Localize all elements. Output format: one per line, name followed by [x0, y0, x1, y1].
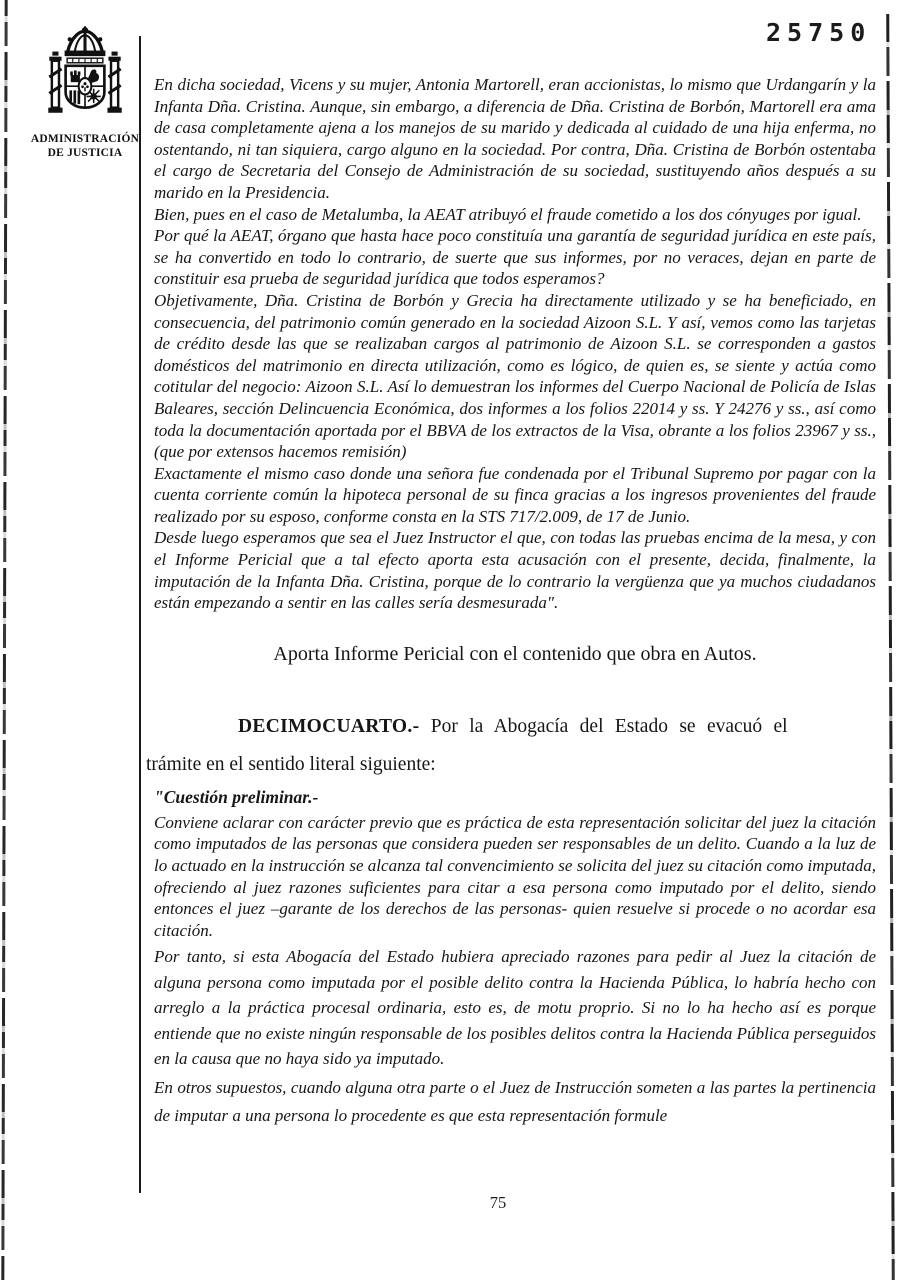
quoted-passage-accusation: En dicha sociedad, Vicens y su mujer, An…: [154, 74, 876, 614]
aporta-informe-line: Aporta Informe Pericial con el contenido…: [154, 641, 876, 667]
scan-edge-artifact-right: [886, 14, 895, 1280]
paragraph: En otros supuestos, cuando alguna otra p…: [154, 1074, 876, 1130]
page-number: 75: [154, 1193, 842, 1213]
paragraph: En dicha sociedad, Vicens y su mujer, An…: [154, 74, 876, 204]
org-name-line2: DE JUSTICIA: [26, 147, 144, 161]
paragraph: Objetivamente, Dña. Cristina de Borbón y…: [154, 290, 876, 463]
decimocuarto-heading-line2: trámite en el sentido literal siguiente:: [146, 752, 876, 777]
paragraph: Desde luego esperamos que sea el Juez In…: [154, 527, 876, 613]
heading-ordinal: DECIMOCUARTO.-: [238, 716, 419, 737]
paragraph: Por qué la AEAT, órgano que hasta hace p…: [154, 225, 876, 290]
paragraph: Por tanto, si esta Abogacía del Estado h…: [154, 944, 876, 1071]
paragraph: Conviene aclarar con carácter previo que…: [154, 812, 876, 942]
folio-number-stamp: 25750: [766, 18, 871, 47]
org-name-line1: ADMINISTRACIÓN: [26, 133, 144, 147]
paragraph: Bien, pues en el caso de Metalumba, la A…: [154, 204, 876, 226]
scan-edge-artifact-left: [1, 0, 7, 1280]
cuestion-preliminar-title: "Cuestión preliminar.-: [154, 786, 876, 808]
org-name: ADMINISTRACIÓN DE JUSTICIA: [26, 133, 144, 160]
margin-rule: [139, 36, 141, 1193]
heading-text: Por la Abogacía del Estado se evacuó el: [419, 716, 787, 737]
document-body: En dicha sociedad, Vicens y su mujer, An…: [154, 74, 876, 1130]
scanned-court-document-page: 25750: [0, 0, 906, 1280]
decimocuarto-heading-line1: DECIMOCUARTO.- Por la Abogacía del Estad…: [154, 714, 876, 739]
letterhead: ADMINISTRACIÓN DE JUSTICIA: [26, 24, 144, 160]
paragraph: Exactamente el mismo caso donde una seño…: [154, 463, 876, 528]
coat-of-arms-icon: [34, 24, 136, 124]
